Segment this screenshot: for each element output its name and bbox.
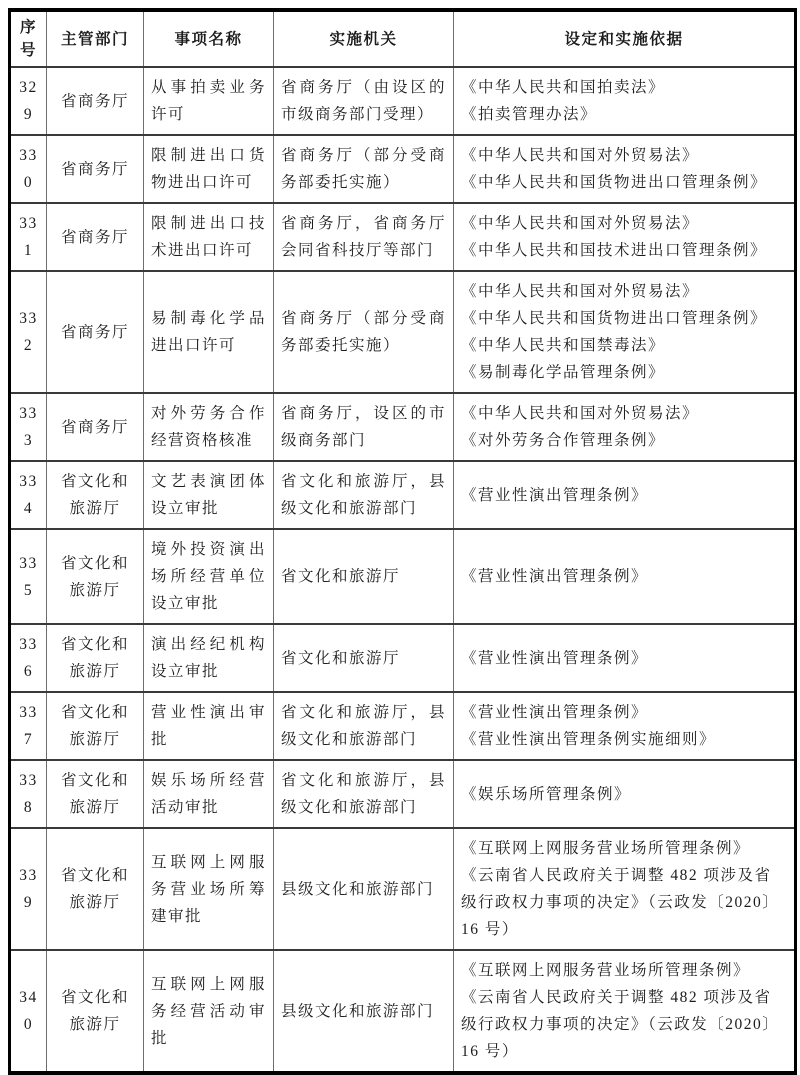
cell-serial: 336: [10, 624, 47, 692]
cell-implementing-agency: 省商务厅（部分受商务部委托实施）: [274, 135, 454, 203]
cell-implementing-agency: 省文化和旅游厅，县级文化和旅游部门: [274, 461, 454, 529]
basis-line: 《营业性演出管理条例》: [461, 563, 787, 590]
basis-line: 《营业性演出管理条例实施细则》: [461, 726, 787, 753]
table-row: 339省文化和旅游厅互联网上网服务营业场所筹建审批县级文化和旅游部门《互联网上网…: [10, 828, 796, 950]
basis-line: 《中华人民共和国技术进出口管理条例》: [461, 237, 787, 264]
cell-serial: 340: [10, 950, 47, 1073]
table-body: 329省商务厅从事拍卖业务许可省商务厅（由设区的市级商务部门受理）《中华人民共和…: [10, 67, 796, 1073]
basis-line: 《中华人民共和国对外贸易法》: [461, 400, 787, 427]
cell-department: 省商务厅: [47, 393, 144, 461]
table-row: 338省文化和旅游厅娱乐场所经营活动审批省文化和旅游厅，县级文化和旅游部门《娱乐…: [10, 760, 796, 828]
cell-legal-basis: 《互联网上网服务营业场所管理条例》《云南省人民政府关于调整 482 项涉及省级行…: [454, 828, 796, 950]
basis-line: 《云南省人民政府关于调整 482 项涉及省级行政权力事项的决定》（云政发〔202…: [461, 862, 787, 943]
cell-legal-basis: 《营业性演出管理条例》: [454, 461, 796, 529]
permit-items-table: 序号 主管部门 事项名称 实施机关 设定和实施依据 329省商务厅从事拍卖业务许…: [8, 8, 797, 1075]
cell-legal-basis: 《中华人民共和国对外贸易法》《中华人民共和国货物进出口管理条例》: [454, 135, 796, 203]
header-department: 主管部门: [47, 10, 144, 67]
cell-serial: 335: [10, 529, 47, 624]
cell-implementing-agency: 省文化和旅游厅，县级文化和旅游部门: [274, 692, 454, 760]
basis-line: 《营业性演出管理条例》: [461, 482, 787, 509]
cell-department: 省文化和旅游厅: [47, 828, 144, 950]
cell-item-name: 限制进出口技术进出口许可: [144, 203, 274, 271]
cell-department: 省文化和旅游厅: [47, 624, 144, 692]
cell-legal-basis: 《娱乐场所管理条例》: [454, 760, 796, 828]
cell-implementing-agency: 省文化和旅游厅: [274, 624, 454, 692]
cell-serial: 338: [10, 760, 47, 828]
cell-department: 省商务厅: [47, 67, 144, 135]
table-row: 334省文化和旅游厅文艺表演团体设立审批省文化和旅游厅，县级文化和旅游部门《营业…: [10, 461, 796, 529]
table-row: 335省文化和旅游厅境外投资演出场所经营单位设立审批省文化和旅游厅《营业性演出管…: [10, 529, 796, 624]
cell-department: 省文化和旅游厅: [47, 950, 144, 1073]
table-row: 333省商务厅对外劳务合作经营资格核准省商务厅，设区的市级商务部门《中华人民共和…: [10, 393, 796, 461]
table-row: 329省商务厅从事拍卖业务许可省商务厅（由设区的市级商务部门受理）《中华人民共和…: [10, 67, 796, 135]
cell-legal-basis: 《中华人民共和国对外贸易法》《中华人民共和国技术进出口管理条例》: [454, 203, 796, 271]
cell-item-name: 限制进出口货物进出口许可: [144, 135, 274, 203]
cell-item-name: 互联网上网服务营业场所筹建审批: [144, 828, 274, 950]
cell-implementing-agency: 省文化和旅游厅，县级文化和旅游部门: [274, 760, 454, 828]
cell-legal-basis: 《中华人民共和国对外贸易法》《中华人民共和国货物进出口管理条例》《中华人民共和国…: [454, 271, 796, 393]
table-row: 332省商务厅易制毒化学品进出口许可省商务厅（部分受商务部委托实施）《中华人民共…: [10, 271, 796, 393]
cell-legal-basis: 《营业性演出管理条例》《营业性演出管理条例实施细则》: [454, 692, 796, 760]
basis-line: 《拍卖管理办法》: [461, 101, 787, 128]
cell-item-name: 境外投资演出场所经营单位设立审批: [144, 529, 274, 624]
table-row: 330省商务厅限制进出口货物进出口许可省商务厅（部分受商务部委托实施）《中华人民…: [10, 135, 796, 203]
basis-line: 《互联网上网服务营业场所管理条例》: [461, 957, 787, 984]
table-row: 340省文化和旅游厅互联网上网服务经营活动审批县级文化和旅游部门《互联网上网服务…: [10, 950, 796, 1073]
cell-serial: 334: [10, 461, 47, 529]
cell-implementing-agency: 县级文化和旅游部门: [274, 950, 454, 1073]
cell-implementing-agency: 县级文化和旅游部门: [274, 828, 454, 950]
cell-item-name: 从事拍卖业务许可: [144, 67, 274, 135]
cell-department: 省商务厅: [47, 271, 144, 393]
basis-line: 《娱乐场所管理条例》: [461, 781, 787, 808]
cell-item-name: 文艺表演团体设立审批: [144, 461, 274, 529]
basis-line: 《云南省人民政府关于调整 482 项涉及省级行政权力事项的决定》（云政发〔202…: [461, 984, 787, 1065]
cell-item-name: 易制毒化学品进出口许可: [144, 271, 274, 393]
header-implementing-agency: 实施机关: [274, 10, 454, 67]
cell-legal-basis: 《互联网上网服务营业场所管理条例》《云南省人民政府关于调整 482 项涉及省级行…: [454, 950, 796, 1073]
basis-line: 《互联网上网服务营业场所管理条例》: [461, 835, 787, 862]
table-row: 336省文化和旅游厅演出经纪机构设立审批省文化和旅游厅《营业性演出管理条例》: [10, 624, 796, 692]
basis-line: 《营业性演出管理条例》: [461, 699, 787, 726]
basis-line: 《中华人民共和国货物进出口管理条例》: [461, 169, 787, 196]
header-legal-basis: 设定和实施依据: [454, 10, 796, 67]
basis-line: 《中华人民共和国禁毒法》: [461, 332, 787, 359]
table-row: 337省文化和旅游厅营业性演出审批省文化和旅游厅，县级文化和旅游部门《营业性演出…: [10, 692, 796, 760]
cell-implementing-agency: 省商务厅，省商务厅会同省科技厅等部门: [274, 203, 454, 271]
basis-line: 《中华人民共和国对外贸易法》: [461, 142, 787, 169]
basis-line: 《中华人民共和国拍卖法》: [461, 74, 787, 101]
cell-department: 省文化和旅游厅: [47, 692, 144, 760]
basis-line: 《中华人民共和国货物进出口管理条例》: [461, 305, 787, 332]
cell-serial: 329: [10, 67, 47, 135]
cell-serial: 333: [10, 393, 47, 461]
cell-item-name: 营业性演出审批: [144, 692, 274, 760]
cell-legal-basis: 《中华人民共和国对外贸易法》《对外劳务合作管理条例》: [454, 393, 796, 461]
cell-implementing-agency: 省商务厅（由设区的市级商务部门受理）: [274, 67, 454, 135]
cell-implementing-agency: 省商务厅，设区的市级商务部门: [274, 393, 454, 461]
cell-serial: 339: [10, 828, 47, 950]
table-row: 331省商务厅限制进出口技术进出口许可省商务厅，省商务厅会同省科技厅等部门《中华…: [10, 203, 796, 271]
cell-legal-basis: 《营业性演出管理条例》: [454, 529, 796, 624]
basis-line: 《中华人民共和国对外贸易法》: [461, 210, 787, 237]
basis-line: 《营业性演出管理条例》: [461, 645, 787, 672]
table-header: 序号 主管部门 事项名称 实施机关 设定和实施依据: [10, 10, 796, 67]
cell-item-name: 娱乐场所经营活动审批: [144, 760, 274, 828]
document-page: 序号 主管部门 事项名称 实施机关 设定和实施依据 329省商务厅从事拍卖业务许…: [0, 0, 800, 1044]
cell-serial: 331: [10, 203, 47, 271]
basis-line: 《易制毒化学品管理条例》: [461, 359, 787, 386]
cell-department: 省文化和旅游厅: [47, 461, 144, 529]
basis-line: 《中华人民共和国对外贸易法》: [461, 278, 787, 305]
cell-item-name: 对外劳务合作经营资格核准: [144, 393, 274, 461]
cell-implementing-agency: 省商务厅（部分受商务部委托实施）: [274, 271, 454, 393]
header-row: 序号 主管部门 事项名称 实施机关 设定和实施依据: [10, 10, 796, 67]
cell-department: 省商务厅: [47, 135, 144, 203]
cell-item-name: 互联网上网服务经营活动审批: [144, 950, 274, 1073]
cell-legal-basis: 《营业性演出管理条例》: [454, 624, 796, 692]
cell-serial: 330: [10, 135, 47, 203]
cell-department: 省商务厅: [47, 203, 144, 271]
cell-item-name: 演出经纪机构设立审批: [144, 624, 274, 692]
cell-department: 省文化和旅游厅: [47, 529, 144, 624]
cell-serial: 337: [10, 692, 47, 760]
basis-line: 《对外劳务合作管理条例》: [461, 427, 787, 454]
header-item-name: 事项名称: [144, 10, 274, 67]
cell-implementing-agency: 省文化和旅游厅: [274, 529, 454, 624]
cell-department: 省文化和旅游厅: [47, 760, 144, 828]
header-serial: 序号: [10, 10, 47, 67]
cell-serial: 332: [10, 271, 47, 393]
cell-legal-basis: 《中华人民共和国拍卖法》《拍卖管理办法》: [454, 67, 796, 135]
